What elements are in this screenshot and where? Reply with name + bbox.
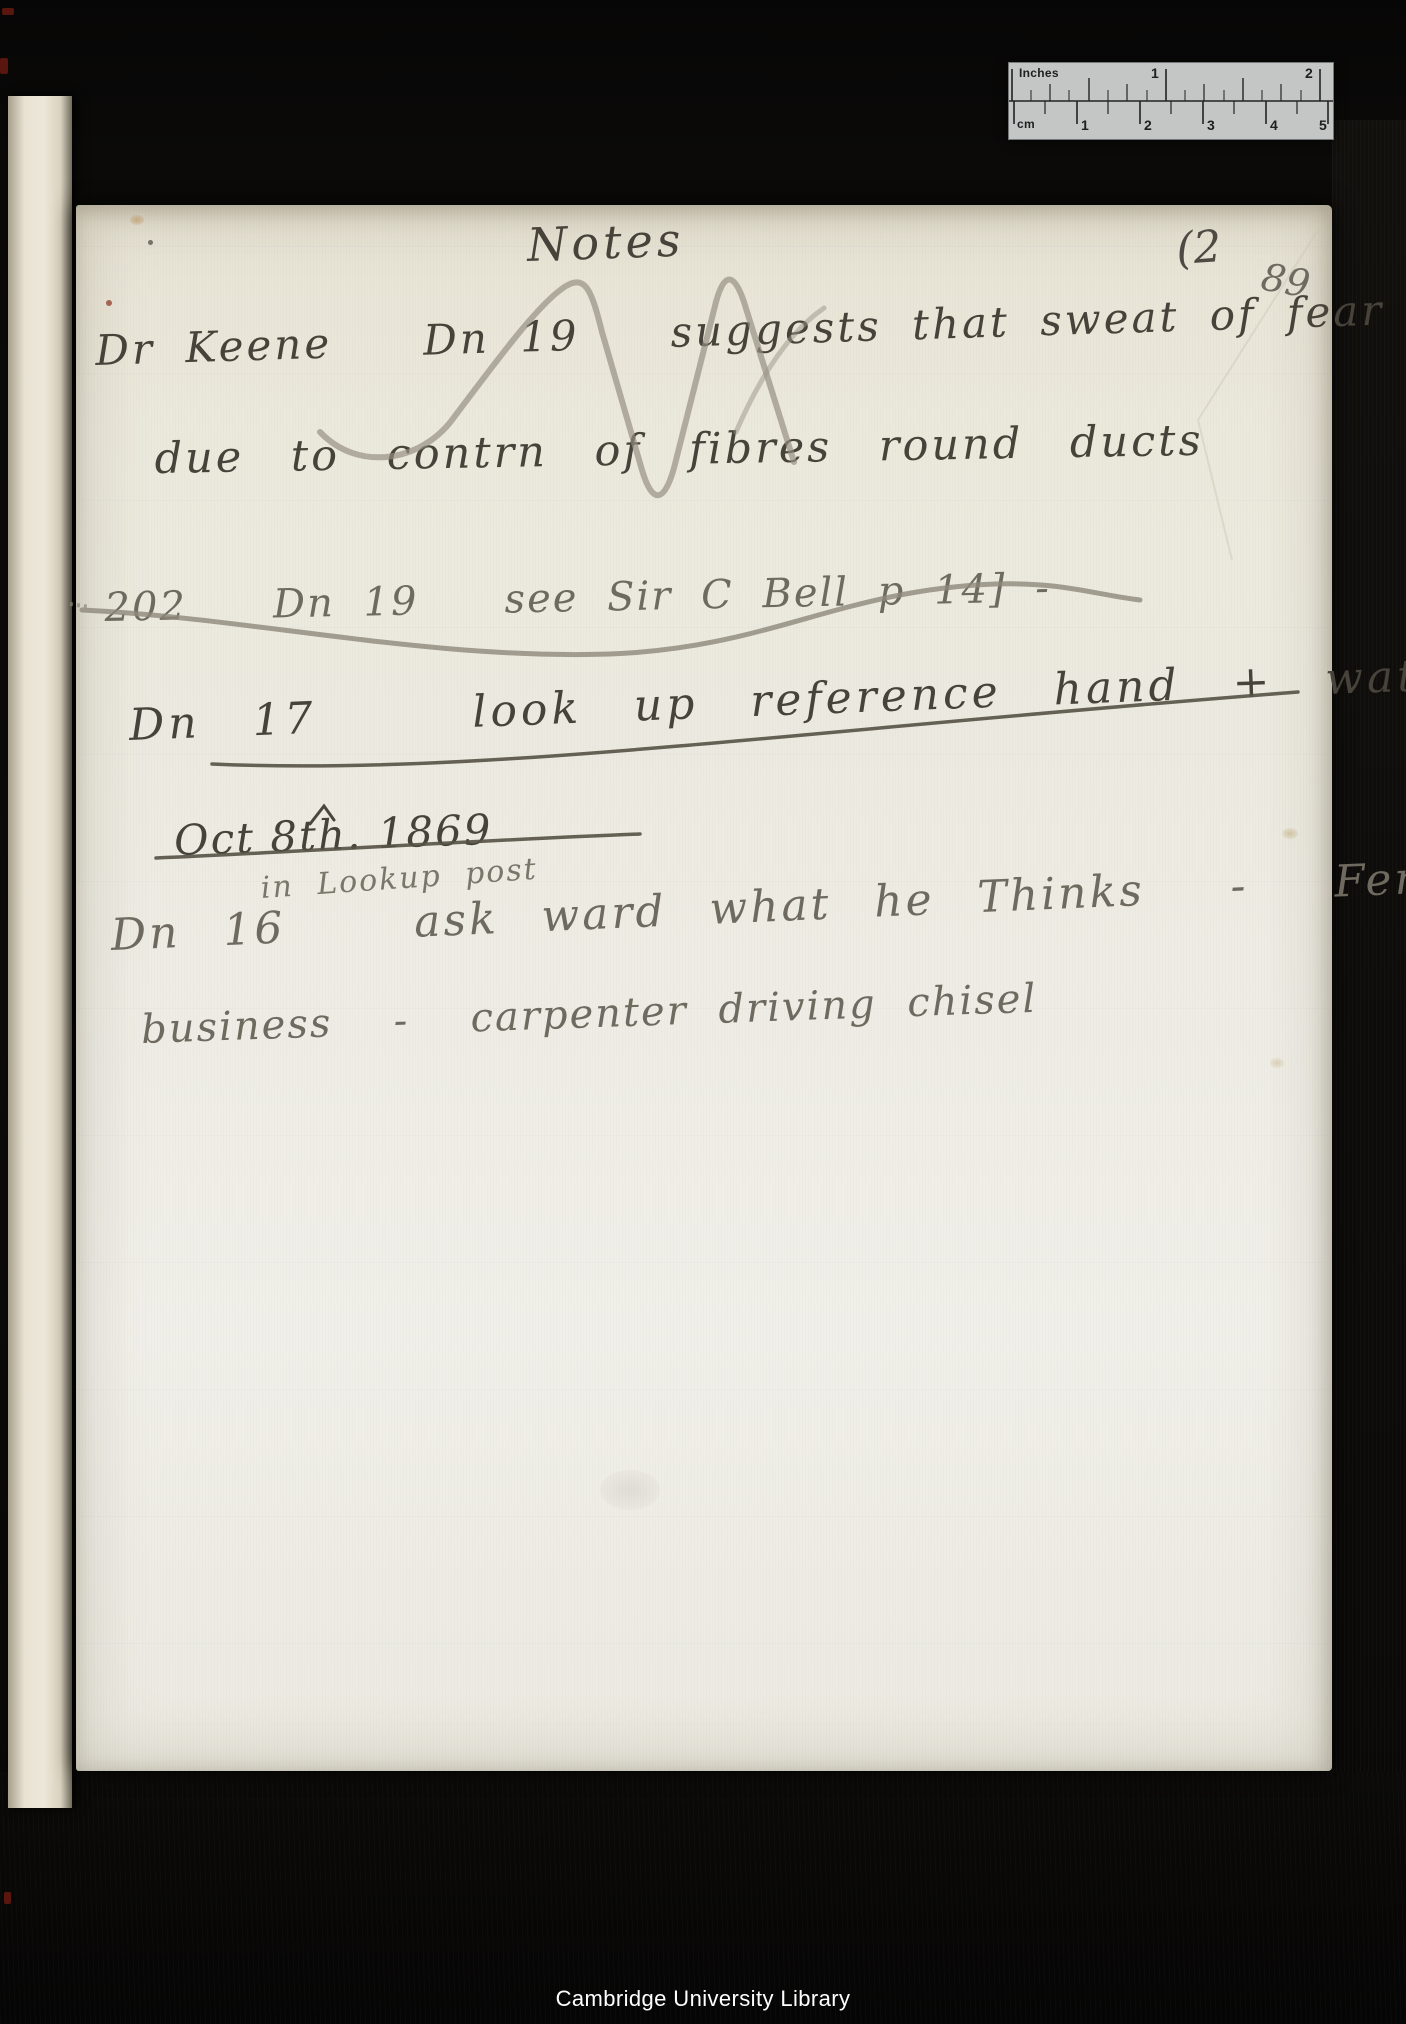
scanned-manuscript-photo: Notes (2 89 Dr Keene Dn 19 suggests that… [0,0,1406,2024]
binding-speck [2,8,14,15]
page-title: Notes [526,215,685,271]
binding-speck [0,58,8,74]
ruler-cm-number-5: 5 [1319,117,1327,133]
red-ink-dot [106,300,112,306]
foxing-stain [1282,828,1298,839]
smudge-stain [600,1470,660,1510]
foxing-stain [130,215,144,225]
background-fabric-right [1332,120,1406,1820]
ruler-inches-label: Inches [1019,66,1059,80]
ruler-inch-number-1: 1 [1151,65,1159,81]
ruler-cm-number-2: 2 [1144,117,1152,133]
ruler-inch-number-2: 2 [1305,65,1313,81]
binding-speck [4,1892,11,1904]
ruler-cm-number-3: 3 [1207,117,1215,133]
ruler-cm-number-4: 4 [1270,117,1278,133]
ruler-cm-label: cm [1017,117,1035,131]
foxing-stain [1270,1058,1284,1068]
facing-page-edge [8,96,72,1808]
ruler: Inches cm 1 2 1 2 3 4 5 [1008,62,1334,140]
library-caption: Cambridge University Library [0,1986,1406,2012]
ruler-cm-number-1: 1 [1081,117,1089,133]
folio-number-paren: (2 [1175,223,1223,274]
ink-dot [148,240,153,245]
